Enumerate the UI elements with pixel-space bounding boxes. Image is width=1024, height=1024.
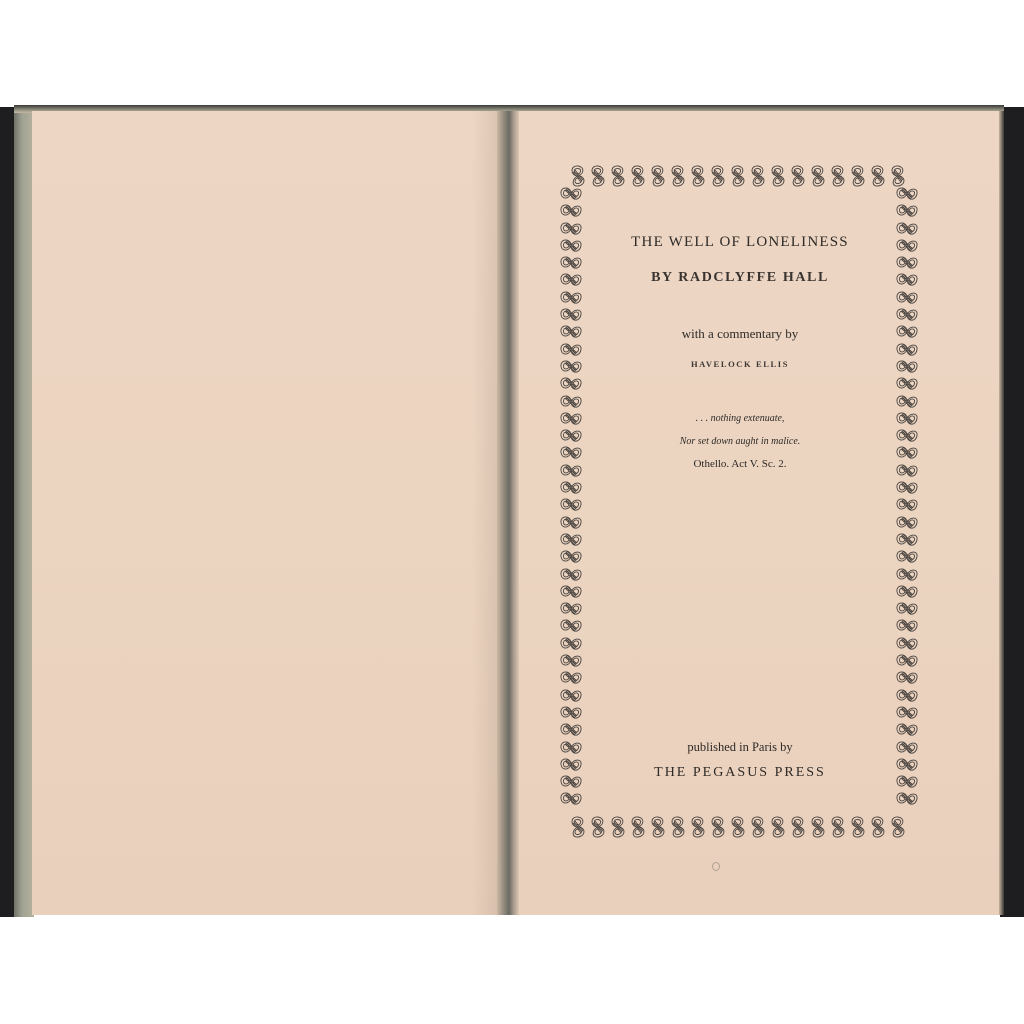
- scroll-ornament-icon: [728, 814, 748, 840]
- scroll-ornament-icon: [894, 704, 920, 721]
- scroll-ornament-icon: [668, 163, 688, 189]
- scroll-ornament-icon: [894, 687, 920, 704]
- scroll-ornament-icon: [558, 531, 584, 548]
- epigraph-line-2: Nor set down aught in malice.: [560, 436, 920, 447]
- scroll-ornament-icon: [558, 652, 584, 669]
- scroll-ornament-icon: [894, 790, 920, 807]
- scroll-ornament-icon: [558, 375, 584, 392]
- scroll-ornament-icon: [558, 583, 584, 600]
- scroll-ornament-icon: [748, 814, 768, 840]
- left-page-blank: [32, 111, 502, 915]
- scroll-ornament-icon: [558, 202, 584, 219]
- publisher-name: THE PEGASUS PRESS: [560, 765, 920, 781]
- scroll-ornament-icon: [894, 306, 920, 323]
- scroll-ornament-icon: [628, 814, 648, 840]
- scroll-ornament-icon: [708, 814, 728, 840]
- scroll-ornament-icon: [688, 163, 708, 189]
- scroll-ornament-icon: [894, 185, 920, 202]
- scroll-ornament-icon: [788, 163, 808, 189]
- scroll-ornament-icon: [558, 254, 584, 271]
- scroll-ornament-icon: [608, 814, 628, 840]
- scroll-ornament-icon: [894, 669, 920, 686]
- scroll-ornament-icon: [558, 393, 584, 410]
- scroll-ornament-icon: [648, 814, 668, 840]
- scroll-ornament-icon: [888, 814, 908, 840]
- book-title: THE WELL OF LONELINESS: [560, 234, 920, 251]
- scroll-ornament-icon: [558, 790, 584, 807]
- scroll-ornament-icon: [894, 496, 920, 513]
- scroll-ornament-icon: [894, 479, 920, 496]
- scroll-ornament-icon: [894, 566, 920, 583]
- scroll-ornament-icon: [848, 163, 868, 189]
- scroll-ornament-icon: [894, 531, 920, 548]
- scroll-ornament-icon: [894, 600, 920, 617]
- scroll-ornament-icon: [668, 814, 688, 840]
- commentary-intro: with a commentary by: [560, 326, 920, 342]
- scroll-ornament-icon: [748, 163, 768, 189]
- scroll-ornament-icon: [558, 721, 584, 738]
- scroll-ornament-icon: [808, 814, 828, 840]
- border-top: [568, 163, 908, 189]
- scroll-ornament-icon: [894, 341, 920, 358]
- scroll-ornament-icon: [558, 341, 584, 358]
- scroll-ornament-icon: [788, 814, 808, 840]
- scroll-ornament-icon: [558, 635, 584, 652]
- scroll-ornament-icon: [558, 669, 584, 686]
- scroll-ornament-icon: [568, 814, 588, 840]
- right-edge-shadow: [999, 111, 1004, 915]
- scroll-ornament-icon: [628, 163, 648, 189]
- scroll-ornament-icon: [648, 163, 668, 189]
- scroll-ornament-icon: [688, 814, 708, 840]
- commentator-name: HAVELOCK ELLIS: [560, 359, 920, 369]
- scroll-ornament-icon: [558, 600, 584, 617]
- scroll-ornament-icon: [894, 375, 920, 392]
- scroll-ornament-icon: [828, 163, 848, 189]
- scroll-ornament-icon: [894, 617, 920, 634]
- ornamental-border: [558, 163, 920, 840]
- scroll-ornament-icon: [894, 289, 920, 306]
- scroll-ornament-icon: [768, 814, 788, 840]
- scroll-ornament-icon: [894, 635, 920, 652]
- book-gutter: [497, 111, 519, 915]
- scroll-ornament-icon: [588, 814, 608, 840]
- border-bottom: [568, 814, 908, 840]
- scroll-ornament-icon: [588, 163, 608, 189]
- scroll-ornament-icon: [708, 163, 728, 189]
- epigraph-line-1: . . . nothing extenuate,: [560, 413, 920, 424]
- scroll-ornament-icon: [558, 514, 584, 531]
- scroll-ornament-icon: [894, 514, 920, 531]
- scroll-ornament-icon: [558, 496, 584, 513]
- scroll-ornament-icon: [894, 548, 920, 565]
- scroll-ornament-icon: [894, 583, 920, 600]
- scroll-ornament-icon: [608, 163, 628, 189]
- scroll-ornament-icon: [558, 185, 584, 202]
- scroll-ornament-icon: [558, 479, 584, 496]
- scroll-ornament-icon: [558, 687, 584, 704]
- cover-edge: [14, 105, 34, 917]
- scroll-ornament-icon: [828, 814, 848, 840]
- scroll-ornament-icon: [894, 721, 920, 738]
- author-line: BY RADCLYFFE HALL: [560, 270, 920, 286]
- scroll-ornament-icon: [558, 289, 584, 306]
- scroll-ornament-icon: [558, 617, 584, 634]
- scroll-ornament-icon: [558, 566, 584, 583]
- scroll-ornament-icon: [848, 814, 868, 840]
- scroll-ornament-icon: [728, 163, 748, 189]
- scroll-ornament-icon: [558, 548, 584, 565]
- paper-blemish: [712, 862, 720, 871]
- scroll-ornament-icon: [808, 163, 828, 189]
- scroll-ornament-icon: [768, 163, 788, 189]
- scroll-ornament-icon: [558, 306, 584, 323]
- publisher-intro: published in Paris by: [560, 740, 920, 755]
- epigraph-attribution: Othello. Act V. Sc. 2.: [560, 458, 920, 470]
- scroll-ornament-icon: [868, 163, 888, 189]
- scroll-ornament-icon: [868, 814, 888, 840]
- scroll-ornament-icon: [894, 254, 920, 271]
- scroll-ornament-icon: [894, 393, 920, 410]
- scroll-ornament-icon: [894, 202, 920, 219]
- scroll-ornament-icon: [894, 652, 920, 669]
- scroll-ornament-icon: [558, 704, 584, 721]
